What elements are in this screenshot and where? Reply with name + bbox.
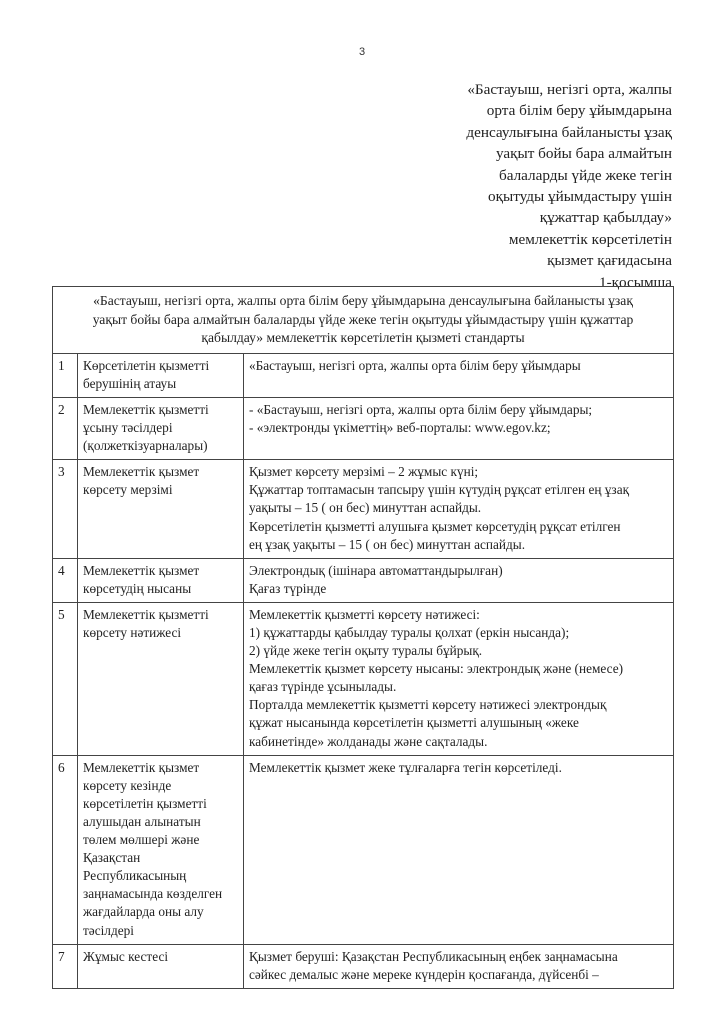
row-label-line: заңнамасында көзделген: [83, 885, 238, 903]
table-title: «Бастауыш, негізгі орта, жалпы орта білі…: [53, 287, 674, 354]
row-value-line: Құжаттар топтамасын тапсыру үшін күтудің…: [249, 481, 668, 499]
appendix-line: «Бастауыш, негізгі орта, жалпы: [412, 79, 672, 100]
row-value-line: қағаз түрінде ұсынылады.: [249, 678, 668, 696]
row-label: Мемлекеттік қызметті көрсету нәтижесі: [78, 602, 244, 755]
appendix-line: оқытуды ұйымдастыру үшін: [412, 186, 672, 207]
row-label-line: алушыдан алынатын: [83, 813, 238, 831]
row-value: - «Бастауыш, негізгі орта, жалпы орта бі…: [244, 397, 674, 459]
row-number: 3: [53, 460, 78, 558]
row-label: Мемлекеттік қызмет көрсету мерзімі: [78, 460, 244, 558]
appendix-line: балаларды үйде жеке тегін: [412, 165, 672, 186]
row-label-line: көрсету мерзімі: [83, 481, 238, 499]
row-value-line: Көрсетілетін қызметті алушыға қызмет көр…: [249, 518, 668, 536]
table-row: 5 Мемлекеттік қызметті көрсету нәтижесі …: [53, 602, 674, 755]
row-value-line: 1) құжаттарды қабылдау туралы қолхат (ер…: [249, 624, 668, 642]
table-title-line: қабылдау» мемлекеттік көрсетілетін қызме…: [63, 329, 663, 348]
row-number: 5: [53, 602, 78, 755]
row-value-line: Мемлекеттік қызмет көрсету нысаны: элект…: [249, 660, 668, 678]
row-label-line: көрсетудің нысаны: [83, 580, 238, 598]
row-label-line: жағдайларда оны алу: [83, 903, 238, 921]
table-title-line: уақыт бойы бара алмайтын балаларды үйде …: [63, 311, 663, 330]
row-value: Қызмет беруші: Қазақстан Республикасының…: [244, 944, 674, 988]
service-standard-table: «Бастауыш, негізгі орта, жалпы орта білі…: [52, 286, 674, 989]
row-value-line: Электрондық (ішінара автоматтандырылған): [249, 562, 668, 580]
row-value: Қызмет көрсету мерзімі – 2 жұмыс күні; Қ…: [244, 460, 674, 558]
row-number: 4: [53, 558, 78, 602]
row-value-line: - «электронды үкіметтің» веб-порталы: ww…: [249, 419, 668, 437]
row-label-line: көрсету кезінде: [83, 777, 238, 795]
row-label-line: Мемлекеттік қызметті: [83, 401, 238, 419]
appendix-line: мемлекеттік көрсетілетін: [412, 229, 672, 250]
row-value-line: «Бастауыш, негізгі орта, жалпы орта білі…: [249, 357, 668, 375]
row-value: Мемлекеттік қызметті көрсету нәтижесі: 1…: [244, 602, 674, 755]
appendix-reference: «Бастауыш, негізгі орта, жалпы орта білі…: [412, 79, 672, 293]
row-value-line: кабинетінде» жолданады және сақталады.: [249, 733, 668, 751]
table-row: 4 Мемлекеттік қызмет көрсетудің нысаны Э…: [53, 558, 674, 602]
row-label-line: (қолжеткізуарналары): [83, 437, 238, 455]
appendix-line: құжаттар қабылдау»: [412, 207, 672, 228]
page-number: 3: [0, 46, 724, 58]
row-value-line: Қызмет беруші: Қазақстан Республикасының…: [249, 948, 668, 966]
row-value-line: - «Бастауыш, негізгі орта, жалпы орта бі…: [249, 401, 668, 419]
row-value-line: уақыты – 15 ( он бес) минуттан аспайды.: [249, 499, 668, 517]
appendix-line: қызмет қағидасына: [412, 250, 672, 271]
row-label-line: Республикасының: [83, 867, 238, 885]
row-value: «Бастауыш, негізгі орта, жалпы орта білі…: [244, 353, 674, 397]
row-label-line: көрсету нәтижесі: [83, 624, 238, 642]
row-label-line: берушінің атауы: [83, 375, 238, 393]
table-row: 6 Мемлекеттік қызмет көрсету кезінде көр…: [53, 755, 674, 944]
table-row: 3 Мемлекеттік қызмет көрсету мерзімі Қыз…: [53, 460, 674, 558]
row-value: Электрондық (ішінара автоматтандырылған)…: [244, 558, 674, 602]
row-label-line: Көрсетілетін қызметті: [83, 357, 238, 375]
row-label-line: Мемлекеттік қызмет: [83, 463, 238, 481]
row-label: Мемлекеттік қызмет көрсетудің нысаны: [78, 558, 244, 602]
table-row: 7 Жұмыс кестесі Қызмет беруші: Қазақстан…: [53, 944, 674, 988]
row-label-line: Мемлекеттік қызметті: [83, 606, 238, 624]
row-label-line: көрсетілетін қызметті: [83, 795, 238, 813]
row-value-line: Мемлекеттік қызмет жеке тұлғаларға тегін…: [249, 759, 668, 777]
row-value-line: құжат нысанында көрсетілетін қызметті ал…: [249, 714, 668, 732]
row-number: 7: [53, 944, 78, 988]
table-title-row: «Бастауыш, негізгі орта, жалпы орта білі…: [53, 287, 674, 354]
appendix-line: орта білім беру ұйымдарына: [412, 100, 672, 121]
row-value: Мемлекеттік қызмет жеке тұлғаларға тегін…: [244, 755, 674, 944]
row-label-line: төлем мөлшері және: [83, 831, 238, 849]
row-label-line: тәсілдері: [83, 922, 238, 940]
row-number: 6: [53, 755, 78, 944]
row-value-line: Мемлекеттік қызметті көрсету нәтижесі:: [249, 606, 668, 624]
row-value-line: Қағаз түрінде: [249, 580, 668, 598]
row-label: Мемлекеттік қызметті ұсыну тәсілдері (қо…: [78, 397, 244, 459]
row-number: 2: [53, 397, 78, 459]
row-value-line: Порталда мемлекеттік қызметті көрсету нә…: [249, 696, 668, 714]
row-value-line: сәйкес демалыс және мереке күндерін қосп…: [249, 966, 668, 984]
row-label: Көрсетілетін қызметті берушінің атауы: [78, 353, 244, 397]
row-label-line: Мемлекеттік қызмет: [83, 562, 238, 580]
row-label-line: Мемлекеттік қызмет: [83, 759, 238, 777]
table-row: 1 Көрсетілетін қызметті берушінің атауы …: [53, 353, 674, 397]
table-row: 2 Мемлекеттік қызметті ұсыну тәсілдері (…: [53, 397, 674, 459]
row-label: Жұмыс кестесі: [78, 944, 244, 988]
appendix-line: уақыт бойы бара алмайтын: [412, 143, 672, 164]
appendix-line: денсаулығына байланысты ұзақ: [412, 122, 672, 143]
row-value-line: ең ұзақ уақыты – 15 ( он бес) минуттан а…: [249, 536, 668, 554]
row-value-line: 2) үйде жеке тегін оқыту туралы бұйрық.: [249, 642, 668, 660]
row-label-line: Жұмыс кестесі: [83, 948, 238, 966]
row-label-line: Қазақстан: [83, 849, 238, 867]
row-label: Мемлекеттік қызмет көрсету кезінде көрсе…: [78, 755, 244, 944]
table-title-line: «Бастауыш, негізгі орта, жалпы орта білі…: [63, 292, 663, 311]
row-value-line: Қызмет көрсету мерзімі – 2 жұмыс күні;: [249, 463, 668, 481]
row-label-line: ұсыну тәсілдері: [83, 419, 238, 437]
row-number: 1: [53, 353, 78, 397]
